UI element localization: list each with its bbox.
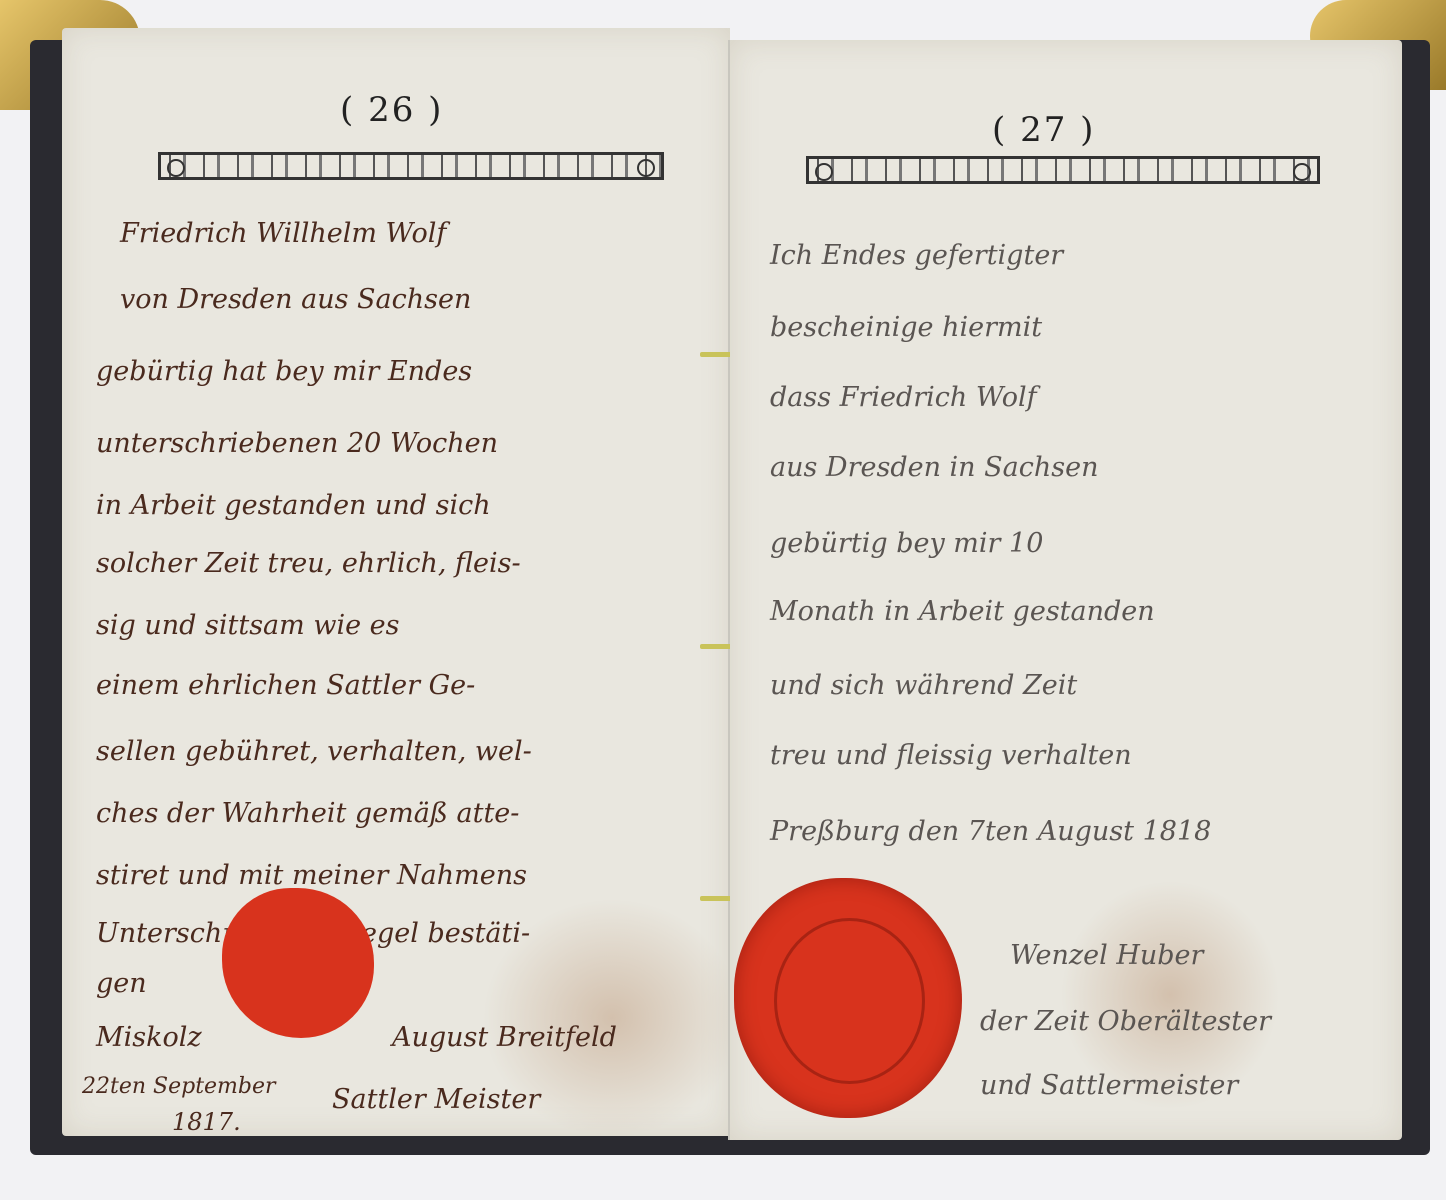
signature-title: und Sattlermeister bbox=[980, 1070, 1238, 1101]
text-line: stiret und mit meiner Nahmens bbox=[96, 860, 527, 891]
text-line: sellen gebühret, verhalten, wel- bbox=[96, 736, 532, 767]
text-line: gebürtig bey mir 10 bbox=[770, 528, 1043, 559]
date-line: 22ten September bbox=[82, 1074, 276, 1099]
text-line: von Dresden aus Sachsen bbox=[120, 284, 471, 315]
signature-title: der Zeit Oberältester bbox=[980, 1006, 1271, 1037]
red-wax-seal-stamped bbox=[734, 878, 962, 1118]
place-name: Miskolz bbox=[96, 1022, 202, 1053]
text-line: gebürtig hat bey mir Endes bbox=[96, 356, 472, 387]
text-line: und sich während Zeit bbox=[770, 670, 1077, 701]
text-line: treu und fleissig verhalten bbox=[770, 740, 1132, 771]
text-line: einem ehrlichen Sattler Ge- bbox=[96, 670, 475, 701]
page-number: ( 26 ) bbox=[340, 90, 443, 130]
text-line: in Arbeit gestanden und sich bbox=[96, 490, 491, 521]
text-line: solcher Zeit treu, ehrlich, fleis- bbox=[96, 548, 521, 579]
page-number: ( 27 ) bbox=[992, 110, 1095, 150]
text-line: Monath in Arbeit gestanden bbox=[770, 596, 1155, 627]
seal-emblem bbox=[774, 918, 925, 1084]
text-line: Friedrich Willhelm Wolf bbox=[120, 218, 446, 249]
text-line: gen bbox=[96, 968, 147, 999]
text-line: bescheinige hiermit bbox=[770, 312, 1042, 343]
signature: August Breitfeld bbox=[392, 1022, 617, 1053]
text-line: dass Friedrich Wolf bbox=[770, 382, 1037, 413]
date-line: Preßburg den 7ten August 1818 bbox=[770, 816, 1211, 847]
ornamental-border bbox=[158, 152, 664, 180]
left-page: ( 26 ) Friedrich Willhelm Wolf von Dresd… bbox=[62, 28, 730, 1136]
year: 1817. bbox=[172, 1108, 241, 1136]
ornamental-border bbox=[806, 156, 1320, 184]
signature: Wenzel Huber bbox=[1010, 940, 1203, 971]
text-line: Ich Endes gefertigter bbox=[770, 240, 1063, 271]
signature-title: Sattler Meister bbox=[332, 1084, 540, 1115]
text-line: unterschriebenen 20 Wochen bbox=[96, 428, 498, 459]
text-line: sig und sittsam wie es bbox=[96, 610, 399, 641]
red-wax-seal-plain bbox=[222, 888, 374, 1038]
text-line: aus Dresden in Sachsen bbox=[770, 452, 1098, 483]
text-line: ches der Wahrheit gemäß atte- bbox=[96, 798, 519, 829]
